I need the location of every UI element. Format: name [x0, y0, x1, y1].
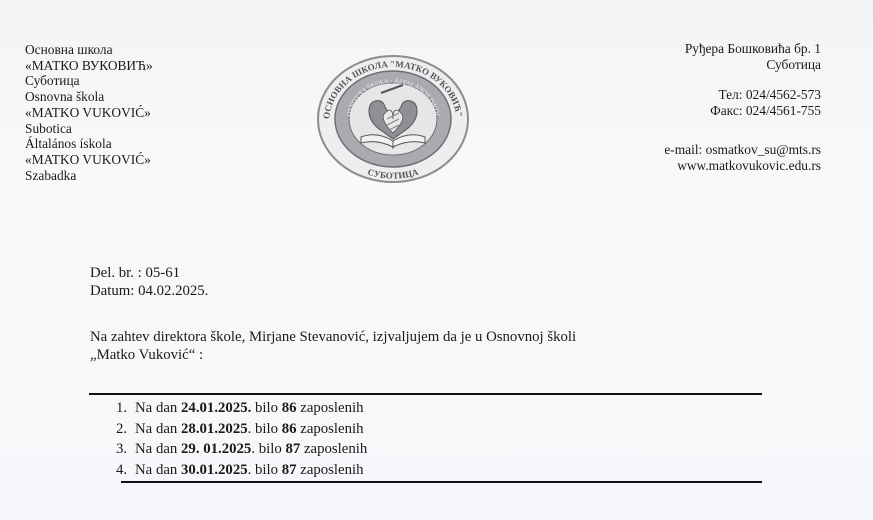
employee-count-list: 1.Na dan 24.01.2025. bilo 86 zaposlenih … — [116, 398, 367, 480]
list-date: 30.01.2025 — [181, 462, 248, 478]
website-url: www.matkovukovic.edu.rs — [664, 158, 821, 174]
school-seal-icon: ОСНОВНА ШКОЛА "МАТКО ВУКОВИЋ" СУБОТИЦА O… — [315, 53, 471, 187]
school-name-line: Subotica — [25, 121, 153, 137]
list-item: 1.Na dan 24.01.2025. bilo 86 zaposlenih — [116, 398, 367, 419]
list-number: 4. — [116, 460, 135, 481]
list-date: 29. 01.2025 — [181, 441, 251, 457]
statement-line-1: Na zahtev direktora škole, Mirjane Steva… — [90, 328, 576, 346]
school-name-line: «MATKO VUKOVIĆ» — [25, 152, 153, 168]
employee-count: 86 — [282, 421, 297, 437]
list-item: 2.Na dan 28.01.2025. bilo 86 zaposlenih — [116, 419, 367, 440]
school-name-line: Általános ískola — [25, 136, 153, 152]
list-number: 1. — [116, 398, 135, 419]
employee-count: 87 — [282, 462, 297, 478]
school-name-line: «MATKO VUKOVIĆ» — [25, 105, 153, 121]
list-item: 3.Na dan 29. 01.2025. bilo 87 zaposlenih — [116, 439, 367, 460]
employee-count: 87 — [285, 441, 300, 457]
school-name-block: Основна школа «МАТКО ВУКОВИЋ» Суботица O… — [25, 42, 153, 183]
list-item: 4.Na dan 30.01.2025. bilo 87 zaposlenih — [116, 460, 367, 481]
statement-paragraph: Na zahtev direktora škole, Mirjane Steva… — [90, 328, 576, 364]
list-date: 24.01.2025. — [181, 400, 251, 416]
list-number: 3. — [116, 439, 135, 460]
contact-block: Руђера Бошковића бр. 1 Суботица Тел: 024… — [664, 41, 821, 173]
employee-count: 86 — [282, 400, 297, 416]
document-meta: Del. br. : 05-61 Datum: 04.02.2025. — [90, 264, 208, 300]
address-city: Суботица — [664, 57, 821, 73]
school-name-line: «МАТКО ВУКОВИЋ» — [25, 58, 153, 74]
email-address: e-mail: osmatkov_su@mts.rs — [664, 142, 821, 158]
list-number: 2. — [116, 419, 135, 440]
divider-top — [89, 393, 762, 395]
school-name-line: Osnovna škola — [25, 89, 153, 105]
address-street: Руђера Бошковића бр. 1 — [664, 41, 821, 57]
school-name-line: Суботица — [25, 73, 153, 89]
fax-number: Факс: 024/4561-755 — [664, 103, 821, 119]
statement-line-2: „Matko Vuković“ : — [90, 346, 576, 364]
school-name-line: Szabadka — [25, 168, 153, 184]
list-date: 28.01.2025 — [181, 421, 248, 437]
divider-bottom — [121, 481, 762, 483]
phone-number: Тел: 024/4562-573 — [664, 87, 821, 103]
document-date: Datum: 04.02.2025. — [90, 282, 208, 300]
reference-number: Del. br. : 05-61 — [90, 264, 208, 282]
school-name-line: Основна школа — [25, 42, 153, 58]
